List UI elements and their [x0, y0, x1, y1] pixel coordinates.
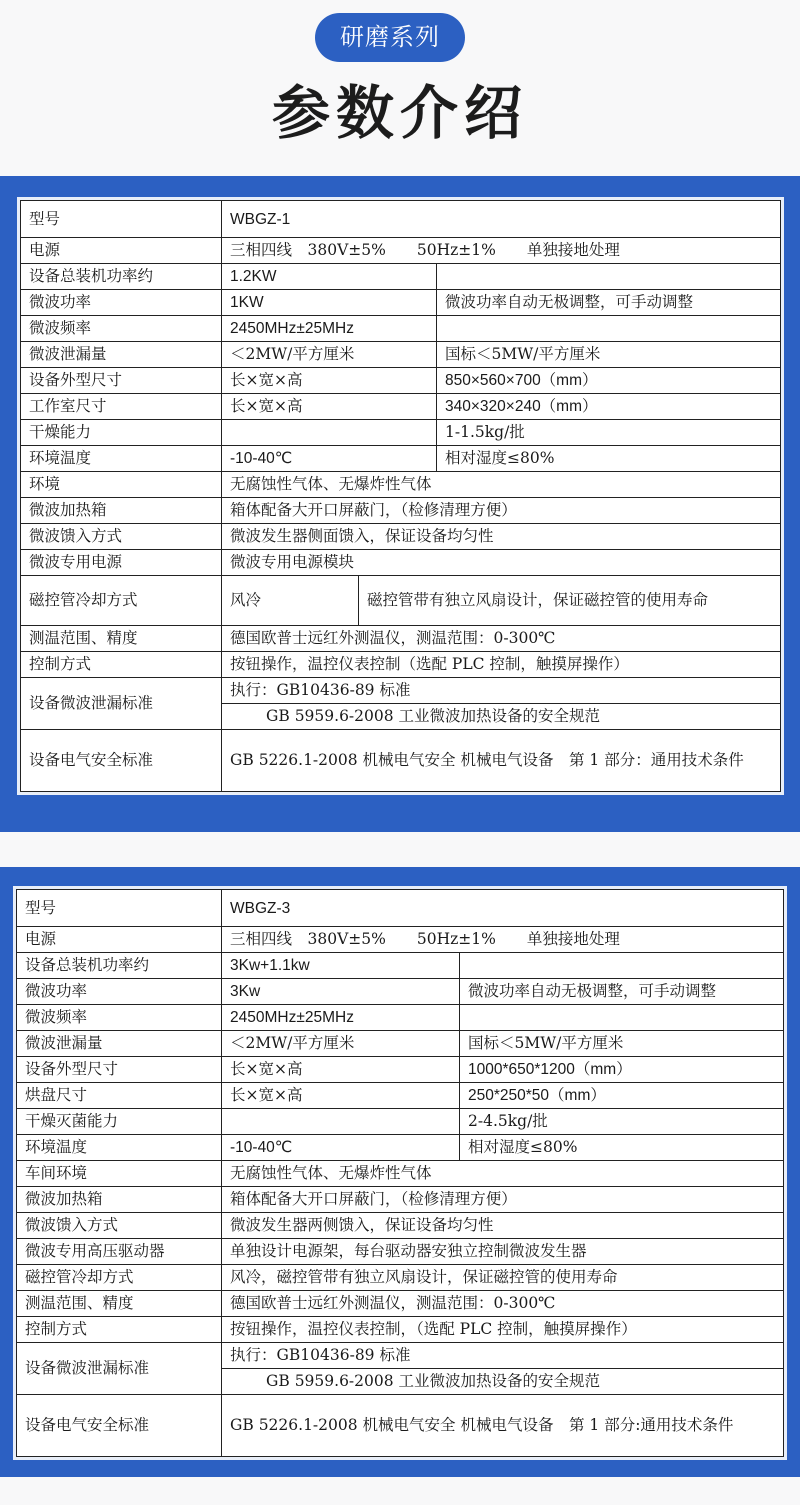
table-row: 设备微波泄漏标准 执行：GB10436-89 标准 [21, 678, 781, 704]
row-label: 型号 [17, 890, 222, 927]
spec-table-wbgz-1: 型号 WBGZ-1 电源 三相四线 380V±5% 50Hz±1% 单独接地处理… [20, 200, 781, 792]
row-value: -10-40℃ [222, 446, 437, 472]
table-row: 环境温度 -10-40℃ 相对湿度≤80% [21, 446, 781, 472]
row-note: 微波功率自动无极调整，可手动调整 [460, 979, 784, 1005]
row-label: 设备总装机功率约 [21, 264, 222, 290]
table-row: 车间环境 无腐蚀性气体、无爆炸性气体 [17, 1161, 784, 1187]
row-value: 微波发生器两侧馈入，保证设备均匀性 [222, 1213, 784, 1239]
row-note: 2-4.5kg/批 [460, 1109, 784, 1135]
row-label: 微波泄漏量 [21, 342, 222, 368]
row-note [437, 264, 781, 290]
row-value: ＜2MW/平方厘米 [222, 342, 437, 368]
row-label: 微波专用电源 [21, 550, 222, 576]
table-row: 微波专用电源 微波专用电源模块 [21, 550, 781, 576]
series-badge: 研磨系列 [315, 13, 465, 62]
row-label: 设备电气安全标准 [21, 730, 222, 792]
row-label: 磁控管冷却方式 [17, 1265, 222, 1291]
table-row: 测温范围、精度 德国欧普士远红外测温仪，测温范围：0-300℃ [17, 1291, 784, 1317]
row-note [460, 1005, 784, 1031]
row-value: WBGZ-3 [222, 890, 784, 927]
row-label: 电源 [21, 238, 222, 264]
row-value: WBGZ-1 [222, 201, 781, 238]
row-value: 3Kw [222, 979, 460, 1005]
row-label: 型号 [21, 201, 222, 238]
row-value: 长×宽×高 [222, 1057, 460, 1083]
table-row: 环境 无腐蚀性气体、无爆炸性气体 [21, 472, 781, 498]
table-row: 微波泄漏量 ＜2MW/平方厘米 国标＜5MW/平方厘米 [17, 1031, 784, 1057]
table-row: 设备总装机功率约 1.2KW [21, 264, 781, 290]
row-value: 按钮操作，温控仪表控制，（选配 PLC 控制，触摸屏操作） [222, 1317, 784, 1343]
table-row: 微波加热箱 箱体配备大开口屏蔽门，（检修清理方便） [21, 498, 781, 524]
row-value: GB 5959.6-2008 工业微波加热设备的安全规范 [222, 1369, 784, 1395]
row-value: 长×宽×高 [222, 368, 437, 394]
table-row: 微波功率 3Kw 微波功率自动无极调整，可手动调整 [17, 979, 784, 1005]
row-label: 工作室尺寸 [21, 394, 222, 420]
row-label: 设备微波泄漏标准 [17, 1343, 222, 1395]
page-title: 参数介绍 [0, 80, 800, 146]
table-row: 微波加热箱 箱体配备大开口屏蔽门，（检修清理方便） [17, 1187, 784, 1213]
table-row: 电源 三相四线 380V±5% 50Hz±1% 单独接地处理 [21, 238, 781, 264]
row-label: 干燥能力 [21, 420, 222, 446]
table-row: 设备总装机功率约 3Kw+1.1kw [17, 953, 784, 979]
row-value [222, 1109, 460, 1135]
table-row: 电源 三相四线 380V±5% 50Hz±1% 单独接地处理 [17, 927, 784, 953]
row-label: 微波专用高压驱动器 [17, 1239, 222, 1265]
table-row: 设备外型尺寸 长×宽×高 1000*650*1200（mm） [17, 1057, 784, 1083]
row-value: 德国欧普士远红外测温仪，测温范围：0-300℃ [222, 1291, 784, 1317]
row-value: 执行：GB10436-89 标准 [222, 1343, 784, 1369]
row-label: 环境温度 [21, 446, 222, 472]
row-value: GB 5226.1-2008 机械电气安全 机械电气设备 第 1 部分:通用技术… [222, 1395, 784, 1457]
row-value: 2450MHz±25MHz [222, 316, 437, 342]
row-value: 风冷 [222, 576, 359, 626]
row-value: 微波专用电源模块 [222, 550, 781, 576]
row-value: 执行：GB10436-89 标准 [222, 678, 781, 704]
row-label: 设备总装机功率约 [17, 953, 222, 979]
row-value: 德国欧普士远红外测温仪，测温范围：0-300℃ [222, 626, 781, 652]
row-note [460, 953, 784, 979]
row-value: 按钮操作，温控仪表控制（选配 PLC 控制，触摸屏操作） [222, 652, 781, 678]
row-label: 环境温度 [17, 1135, 222, 1161]
row-label: 车间环境 [17, 1161, 222, 1187]
row-value [222, 420, 437, 446]
table-row: 烘盘尺寸 长×宽×高 250*250*50（mm） [17, 1083, 784, 1109]
row-note: 1000*650*1200（mm） [460, 1057, 784, 1083]
table-row: 控制方式 按钮操作，温控仪表控制（选配 PLC 控制，触摸屏操作） [21, 652, 781, 678]
spec-panel-wbgz-3: 型号 WBGZ-3 电源 三相四线 380V±5% 50Hz±1% 单独接地处理… [0, 867, 800, 1477]
row-value: ＜2MW/平方厘米 [222, 1031, 460, 1057]
row-label: 微波馈入方式 [17, 1213, 222, 1239]
row-label: 微波频率 [17, 1005, 222, 1031]
table-row: 微波馈入方式 微波发生器两侧馈入，保证设备均匀性 [17, 1213, 784, 1239]
row-value: 三相四线 380V±5% 50Hz±1% 单独接地处理 [222, 238, 781, 264]
row-value: GB 5226.1-2008 机械电气安全 机械电气设备 第 1 部分：通用技术… [222, 730, 781, 792]
table-row: 干燥灭菌能力 2-4.5kg/批 [17, 1109, 784, 1135]
table-row: 微波泄漏量 ＜2MW/平方厘米 国标＜5MW/平方厘米 [21, 342, 781, 368]
row-value: -10-40℃ [222, 1135, 460, 1161]
row-note: 国标＜5MW/平方厘米 [460, 1031, 784, 1057]
row-label: 微波泄漏量 [17, 1031, 222, 1057]
table-row: 微波馈入方式 微波发生器侧面馈入，保证设备均匀性 [21, 524, 781, 550]
row-note: 微波功率自动无极调整，可手动调整 [437, 290, 781, 316]
table-row: 型号 WBGZ-1 [21, 201, 781, 238]
row-note: 相对湿度≤80% [437, 446, 781, 472]
row-label: 磁控管冷却方式 [21, 576, 222, 626]
row-label: 微波加热箱 [17, 1187, 222, 1213]
table-row: 设备微波泄漏标准 执行：GB10436-89 标准 [17, 1343, 784, 1369]
table-row: 工作室尺寸 长×宽×高 340×320×240（mm） [21, 394, 781, 420]
row-label: 电源 [17, 927, 222, 953]
row-value: 箱体配备大开口屏蔽门，（检修清理方便） [222, 498, 781, 524]
row-value: 2450MHz±25MHz [222, 1005, 460, 1031]
table-row: 设备电气安全标准 GB 5226.1-2008 机械电气安全 机械电气设备 第 … [17, 1395, 784, 1457]
row-label: 微波频率 [21, 316, 222, 342]
row-label: 微波馈入方式 [21, 524, 222, 550]
row-value: 长×宽×高 [222, 394, 437, 420]
row-value: 微波发生器侧面馈入，保证设备均匀性 [222, 524, 781, 550]
row-label: 烘盘尺寸 [17, 1083, 222, 1109]
row-label: 控制方式 [17, 1317, 222, 1343]
row-value: 三相四线 380V±5% 50Hz±1% 单独接地处理 [222, 927, 784, 953]
row-value: 1.2KW [222, 264, 437, 290]
row-note: 850×560×700（mm） [437, 368, 781, 394]
table-row: 环境温度 -10-40℃ 相对湿度≤80% [17, 1135, 784, 1161]
row-value: 风冷，磁控管带有独立风扇设计，保证磁控管的使用寿命 [222, 1265, 784, 1291]
row-label: 测温范围、精度 [21, 626, 222, 652]
row-note: 1-1.5kg/批 [437, 420, 781, 446]
table-row: 微波功率 1KW 微波功率自动无极调整，可手动调整 [21, 290, 781, 316]
row-label: 设备外型尺寸 [21, 368, 222, 394]
table-row: 设备电气安全标准 GB 5226.1-2008 机械电气安全 机械电气设备 第 … [21, 730, 781, 792]
row-value: 箱体配备大开口屏蔽门，（检修清理方便） [222, 1187, 784, 1213]
table-row: 型号 WBGZ-3 [17, 890, 784, 927]
spec-table-wbgz-3: 型号 WBGZ-3 电源 三相四线 380V±5% 50Hz±1% 单独接地处理… [16, 889, 784, 1457]
row-label: 设备微波泄漏标准 [21, 678, 222, 730]
row-value: 无腐蚀性气体、无爆炸性气体 [222, 1161, 784, 1187]
row-label: 环境 [21, 472, 222, 498]
row-value: 无腐蚀性气体、无爆炸性气体 [222, 472, 781, 498]
row-note: 250*250*50（mm） [460, 1083, 784, 1109]
row-note: 磁控管带有独立风扇设计，保证磁控管的使用寿命 [359, 576, 781, 626]
row-label: 微波功率 [21, 290, 222, 316]
table-row: 微波频率 2450MHz±25MHz [21, 316, 781, 342]
row-label: 测温范围、精度 [17, 1291, 222, 1317]
row-value: 3Kw+1.1kw [222, 953, 460, 979]
row-value: 长×宽×高 [222, 1083, 460, 1109]
row-note [437, 316, 781, 342]
row-value: GB 5959.6-2008 工业微波加热设备的安全规范 [222, 704, 781, 730]
row-value: 1KW [222, 290, 437, 316]
table-row: 磁控管冷却方式 风冷 磁控管带有独立风扇设计，保证磁控管的使用寿命 [21, 576, 781, 626]
row-label: 设备外型尺寸 [17, 1057, 222, 1083]
row-note: 相对湿度≤80% [460, 1135, 784, 1161]
row-label: 设备电气安全标准 [17, 1395, 222, 1457]
spec-panel-wbgz-1: 型号 WBGZ-1 电源 三相四线 380V±5% 50Hz±1% 单独接地处理… [0, 176, 800, 832]
row-note: 340×320×240（mm） [437, 394, 781, 420]
row-label: 微波加热箱 [21, 498, 222, 524]
table-row: 控制方式 按钮操作，温控仪表控制，（选配 PLC 控制，触摸屏操作） [17, 1317, 784, 1343]
table-row: 磁控管冷却方式 风冷，磁控管带有独立风扇设计，保证磁控管的使用寿命 [17, 1265, 784, 1291]
table-row: 设备外型尺寸 长×宽×高 850×560×700（mm） [21, 368, 781, 394]
row-note: 国标＜5MW/平方厘米 [437, 342, 781, 368]
row-label: 微波功率 [17, 979, 222, 1005]
table-row: 测温范围、精度 德国欧普士远红外测温仪，测温范围：0-300℃ [21, 626, 781, 652]
row-label: 控制方式 [21, 652, 222, 678]
row-value: 单独设计电源架，每台驱动器安独立控制微波发生器 [222, 1239, 784, 1265]
table-row: 微波频率 2450MHz±25MHz [17, 1005, 784, 1031]
table-row: 微波专用高压驱动器 单独设计电源架，每台驱动器安独立控制微波发生器 [17, 1239, 784, 1265]
row-label: 干燥灭菌能力 [17, 1109, 222, 1135]
table-row: 干燥能力 1-1.5kg/批 [21, 420, 781, 446]
